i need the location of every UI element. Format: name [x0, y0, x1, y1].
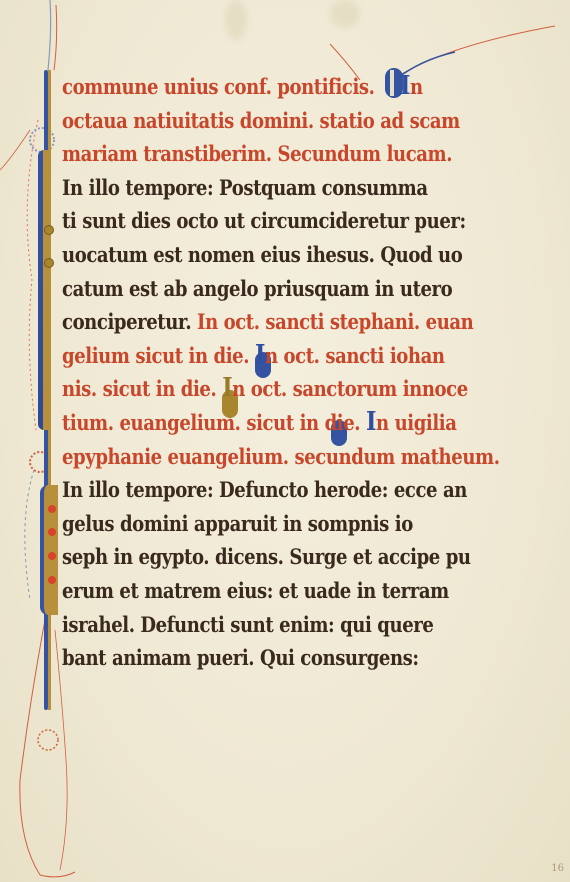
text-line: tium. euangelium. sicut in die. In uigil…: [62, 406, 389, 440]
text-line: nis. sicut in die. In oct. sanctorum inn…: [62, 372, 389, 406]
gold-boss: [44, 258, 54, 268]
text-line: israhel. Defuncti sunt enim: qui quere: [62, 608, 389, 642]
text-column: commune unius conf. pontificis. In octau…: [62, 70, 442, 675]
text-line: ti sunt dies octo ut circumcideretur pue…: [62, 204, 389, 238]
red-boss: [48, 576, 56, 584]
text-line: erum et matrem eius: et uade in terram: [62, 574, 389, 608]
decorated-initial: I: [222, 372, 232, 406]
red-boss: [48, 552, 56, 560]
text-line: uocatum est nomen eius ihesus. Quod uo: [62, 238, 389, 272]
border-bar-upper: [38, 150, 50, 430]
text-line: commune unius conf. pontificis. In: [62, 70, 389, 104]
text-line: In illo tempore: Defuncto herode: ecce a…: [62, 473, 389, 507]
red-boss: [48, 505, 56, 513]
border-bar-lower: [40, 485, 58, 615]
folio-number: 16: [551, 863, 564, 874]
text-line: epyphanie euangelium. secundum matheum.: [62, 440, 389, 474]
gold-boss: [44, 225, 54, 235]
text-line: mariam transtiberim. Secundum lucam.: [62, 137, 389, 171]
red-boss: [48, 528, 56, 536]
text-line: gelium sicut in die. In oct. sancti ioha…: [62, 339, 389, 373]
text-line: seph in egypto. dicens. Surge et accipe …: [62, 540, 389, 574]
decorated-initial: I: [400, 70, 410, 104]
text-line: bant animam pueri. Qui consurgens:: [62, 641, 389, 675]
decorated-initial: I: [255, 339, 265, 373]
manuscript-page: commune unius conf. pontificis. In octau…: [0, 0, 570, 882]
text-line: octaua natiuitatis domini. statio ad sca…: [62, 104, 389, 138]
text-line: gelus domini apparuit in sompnis io: [62, 507, 389, 541]
text-line: In illo tempore: Postquam consumma: [62, 171, 389, 205]
text-line: conciperetur. In oct. sancti stephani. e…: [62, 305, 389, 339]
text-line: catum est ab angelo priusquam in utero: [62, 272, 389, 306]
decorated-initial: I: [366, 406, 376, 440]
